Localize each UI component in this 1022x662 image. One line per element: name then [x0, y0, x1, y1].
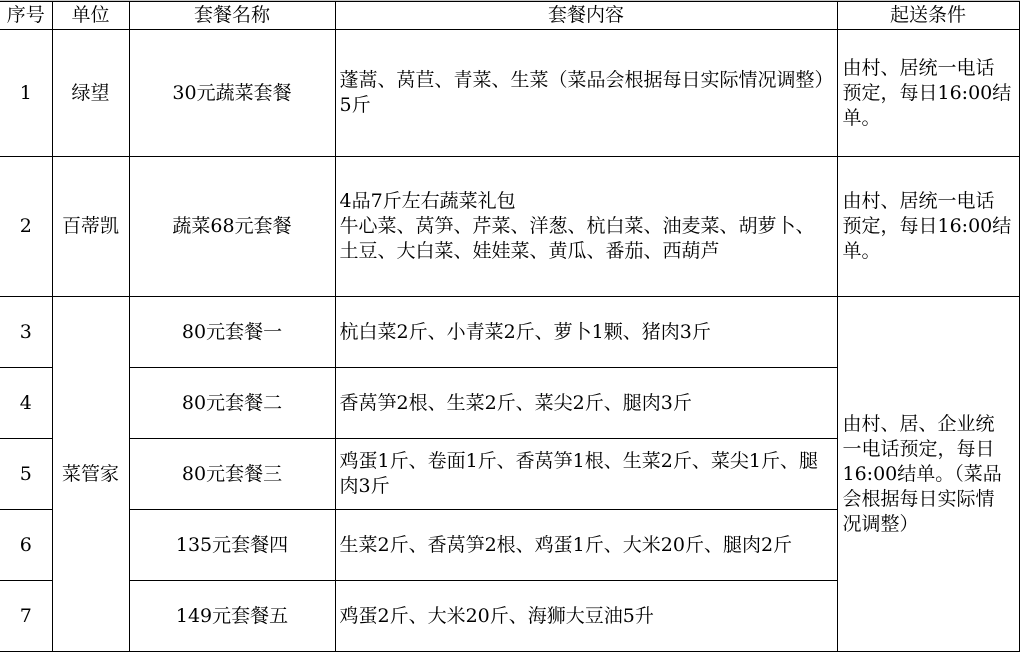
table-row: 2 百蒂凯 蔬菜68元套餐 4品7斤左右蔬菜礼包 牛心菜、莴笋、芹菜、洋葱、杭白…	[0, 157, 1019, 297]
cell-name: 蔬菜68元套餐	[129, 157, 335, 297]
header-row: 序号 单位 套餐名称 套餐内容 起送条件	[0, 2, 1019, 30]
cell-content: 蓬蒿、莴苣、青菜、生菜（菜品会根据每日实际情况调整） 5斤	[335, 30, 837, 157]
content-line: 5斤	[340, 93, 833, 118]
table-row: 1 绿望 30元蔬菜套餐 蓬蒿、莴苣、青菜、生菜（菜品会根据每日实际情况调整） …	[0, 30, 1019, 157]
cell-content: 杭白菜2斤、小青菜2斤、萝卜1颗、猪肉3斤	[335, 297, 837, 368]
cell-content: 鸡蛋1斤、卷面1斤、香莴笋1根、生菜2斤、菜尖1斤、腿肉3斤	[335, 439, 837, 510]
cell-seq: 7	[0, 581, 52, 652]
table-row: 3 菜管家 80元套餐一 杭白菜2斤、小青菜2斤、萝卜1颗、猪肉3斤 由村、居、…	[0, 297, 1019, 368]
cell-content: 4品7斤左右蔬菜礼包 牛心菜、莴笋、芹菜、洋葱、杭白菜、油麦菜、胡萝卜、土豆、大…	[335, 157, 837, 297]
cell-content: 香莴笋2根、生菜2斤、菜尖2斤、腿肉3斤	[335, 368, 837, 439]
content-line: 生菜2斤、香莴笋2根、鸡蛋1斤、大米20斤、腿肉2斤	[340, 533, 833, 558]
content-line: 香莴笋2根、生菜2斤、菜尖2斤、腿肉3斤	[340, 391, 833, 416]
header-name: 套餐名称	[129, 2, 335, 30]
cell-seq: 1	[0, 30, 52, 157]
cell-condition-merged: 由村、居、企业统一电话预定，每日16:00结单。（菜品会根据每日实际情况调整）	[837, 297, 1019, 652]
content-line: 牛心菜、莴笋、芹菜、洋葱、杭白菜、油麦菜、胡萝卜、土豆、大白菜、娃娃菜、黄瓜、番…	[340, 214, 833, 264]
header-unit: 单位	[52, 2, 129, 30]
header-seq: 序号	[0, 2, 52, 30]
cell-condition: 由村、居统一电话预定，每日16:00结单。	[837, 157, 1019, 297]
header-condition: 起送条件	[837, 2, 1019, 30]
cell-name: 80元套餐一	[129, 297, 335, 368]
content-line: 杭白菜2斤、小青菜2斤、萝卜1颗、猪肉3斤	[340, 320, 833, 345]
cell-seq: 3	[0, 297, 52, 368]
header-content: 套餐内容	[335, 2, 837, 30]
content-line: 4品7斤左右蔬菜礼包	[340, 189, 833, 214]
cell-name: 30元蔬菜套餐	[129, 30, 335, 157]
cell-content: 鸡蛋2斤、大米20斤、海狮大豆油5升	[335, 581, 837, 652]
cell-unit-merged: 菜管家	[52, 297, 129, 652]
package-table: 序号 单位 套餐名称 套餐内容 起送条件 1 绿望 30元蔬菜套餐 蓬蒿、莴苣、…	[0, 1, 1020, 652]
content-line: 鸡蛋1斤、卷面1斤、香莴笋1根、生菜2斤、菜尖1斤、腿肉3斤	[340, 449, 833, 499]
cell-name: 135元套餐四	[129, 510, 335, 581]
cell-name: 80元套餐三	[129, 439, 335, 510]
cell-seq: 6	[0, 510, 52, 581]
cell-unit: 绿望	[52, 30, 129, 157]
cell-content: 生菜2斤、香莴笋2根、鸡蛋1斤、大米20斤、腿肉2斤	[335, 510, 837, 581]
cell-name: 149元套餐五	[129, 581, 335, 652]
content-line: 蓬蒿、莴苣、青菜、生菜（菜品会根据每日实际情况调整）	[340, 68, 833, 93]
cell-seq: 4	[0, 368, 52, 439]
content-line: 鸡蛋2斤、大米20斤、海狮大豆油5升	[340, 604, 833, 629]
cell-seq: 2	[0, 157, 52, 297]
cell-condition: 由村、居统一电话预定，每日16:00结单。	[837, 30, 1019, 157]
cell-name: 80元套餐二	[129, 368, 335, 439]
cell-unit: 百蒂凯	[52, 157, 129, 297]
cell-seq: 5	[0, 439, 52, 510]
